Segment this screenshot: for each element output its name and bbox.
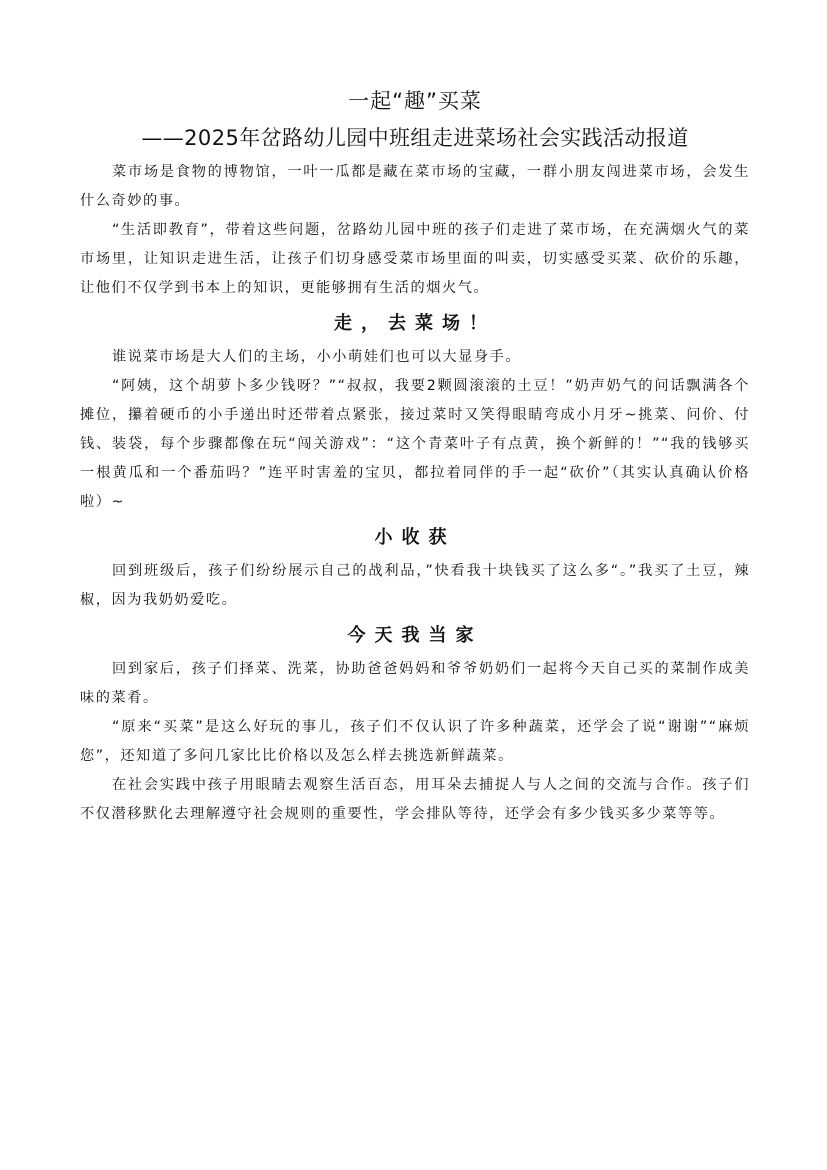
- document-subtitle: ——2025年岔路幼儿园中班组走进菜场社会实践活动报道: [80, 122, 750, 154]
- section-paragraph: 回到班级后，孩子们纷纷展示自己的战利品，”快看我十块钱买了这么多“。”我买了土豆…: [80, 557, 750, 615]
- document-page: 一起“趣”买菜 ——2025年岔路幼儿园中班组走进菜场社会实践活动报道 菜市场是…: [80, 86, 750, 829]
- section-paragraph: 回到家后，孩子们择菜、洗菜，协助爸爸妈妈和爷爷奶奶们一起将今天自己买的菜制作成美…: [80, 655, 750, 713]
- section-heading-home-chef: 今天我当家: [80, 617, 750, 655]
- section-paragraph: “阿姨，这个胡萝卜多少钱呀？”“叔叔，我要2颗圆滚滚的土豆！”奶声奶气的问话飘满…: [80, 372, 750, 517]
- section-heading-go-to-market: 走，去菜场！: [80, 305, 750, 343]
- document-title: 一起“趣”买菜: [80, 86, 750, 116]
- intro-paragraph: 菜市场是食物的博物馆，一叶一瓜都是藏在菜市场的宝藏，一群小朋友闯进菜市场，会发生…: [80, 158, 750, 216]
- section-heading-small-harvest: 小收获: [80, 519, 750, 557]
- intro-paragraph: “生活即教育”，带着这些问题，岔路幼儿园中班的孩子们走进了菜市场，在充满烟火气的…: [80, 216, 750, 303]
- section-paragraph: 在社会实践中孩子用眼睛去观察生活百态，用耳朵去捕捉人与人之间的交流与合作。孩子们…: [80, 771, 750, 829]
- section-paragraph: “原来“买菜”是这么好玩的事儿，孩子们不仅认识了许多种蔬菜，还学会了说“谢谢”“…: [80, 713, 750, 771]
- section-paragraph: 谁说菜市场是大人们的主场，小小萌娃们也可以大显身手。: [80, 343, 750, 372]
